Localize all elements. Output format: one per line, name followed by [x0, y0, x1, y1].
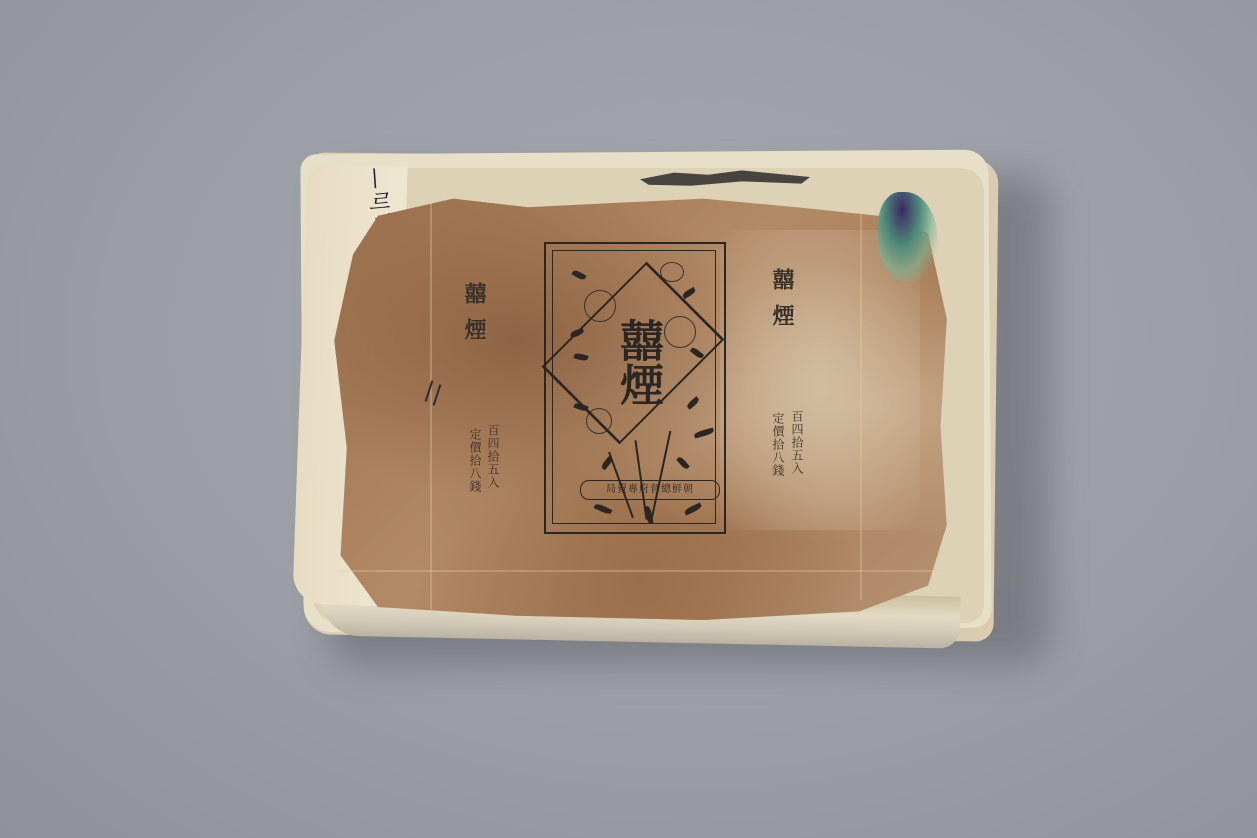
price-right: 定價拾八錢	[771, 412, 785, 477]
brand-title-right: 囍煙	[770, 268, 794, 340]
crease	[340, 570, 940, 572]
quantity-right: 百四拾五入	[790, 410, 804, 475]
quantity-left: 百四拾五入	[486, 424, 500, 489]
maker-band: 朝鮮總督府專賣局	[580, 480, 720, 500]
brand-title-center: 囍煙	[600, 318, 670, 406]
crease	[860, 210, 862, 600]
brand-title-left: 囍煙	[462, 282, 486, 354]
price-left: 定價拾八錢	[468, 428, 482, 493]
